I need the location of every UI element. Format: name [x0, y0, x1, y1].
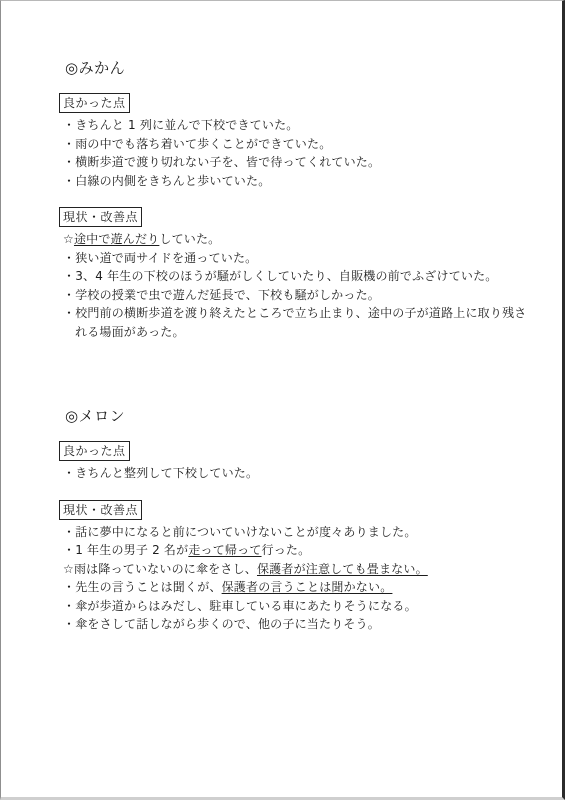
text-segment: 校門前の横断歩道を渡り終えたところで立ち止まり、途中の子が道路上に取り残される場…: [75, 306, 527, 339]
bullet-marker: ・: [63, 580, 75, 594]
text-segment: 狭い道で両サイドを通っていた。: [75, 251, 257, 265]
list-item: ・狭い道で両サイドを通っていた。: [63, 249, 538, 268]
topic-block: 良かった点・きちんと 1 列に並んで下校できていた。・雨の中でも落ち着いて歩くこ…: [58, 93, 538, 190]
list-item: ・先生の言うことは聞くが、保護者の言うことは聞かない。: [63, 578, 538, 597]
list-item: ☆雨は降っていないのに傘をさし、保護者が注意しても畳まない。: [63, 560, 538, 579]
list-item: ☆途中で遊んだりしていた。: [63, 230, 538, 249]
bullet-marker: ・: [63, 306, 75, 320]
text-segment: 1 年生の男子 2 名が: [75, 543, 188, 557]
topic-block: 良かった点・きちんと整列して下校していた。: [58, 441, 538, 483]
list-item: ・1 年生の男子 2 名が走って帰って行った。: [63, 541, 538, 560]
bullet-marker: ・: [63, 617, 75, 631]
item-list: ・話に夢中になると前についていけないことが度々ありました。・1 年生の男子 2 …: [63, 523, 538, 634]
block-label: 良かった点: [59, 441, 130, 461]
list-item: ・学校の授業で虫で遊んだ延長で、下校も騒がしかった。: [63, 286, 538, 305]
text-segment: 学校の授業で虫で遊んだ延長で、下校も騒がしかった。: [75, 288, 380, 302]
topic-block: 現状・改善点・話に夢中になると前についていけないことが度々ありました。・1 年生…: [58, 500, 538, 634]
list-item: ・雨の中でも落ち着いて歩くことができていた。: [63, 135, 538, 154]
list-item: ・3、4 年生の下校のほうが騒がしくしていたり、自販機の前でふざけていた。: [63, 267, 538, 286]
bullet-marker: ・: [63, 269, 75, 283]
text-segment: 3、4 年生の下校のほうが騒がしくしていたり、自販機の前でふざけていた。: [75, 269, 497, 283]
list-item: ・校門前の横断歩道を渡り終えたところで立ち止まり、途中の子が道路上に取り残される…: [63, 304, 538, 341]
bullet-marker: ・: [63, 599, 75, 613]
bullet-marker: ・: [63, 155, 75, 169]
block-label: 現状・改善点: [59, 500, 142, 520]
bullet-marker: ・: [63, 288, 75, 302]
star-marker: ☆: [63, 562, 74, 576]
list-item: ・横断歩道で渡り切れない子を、皆で待ってくれていた。: [63, 153, 538, 172]
text-segment: 雨の中でも落ち着いて歩くことができていた。: [75, 137, 331, 151]
text-segment: きちんと整列して下校していた。: [75, 466, 258, 480]
item-list: ・きちんと 1 列に並んで下校できていた。・雨の中でも落ち着いて歩くことができて…: [63, 116, 538, 190]
text-segment: 先生の言うことは聞くが、: [75, 580, 221, 594]
block-label-row: 良かった点: [59, 441, 538, 461]
text-segment: 傘をさして話しながら歩くので、他の子に当たりそう。: [75, 617, 380, 631]
text-segment: 白線の内側をきちんと歩いていた。: [75, 174, 270, 188]
list-item: ・傘をさして話しながら歩くので、他の子に当たりそう。: [63, 615, 538, 634]
bullet-marker: ・: [63, 137, 75, 151]
bullet-marker: ・: [63, 118, 75, 132]
document-page: ◎みかん良かった点・きちんと 1 列に並んで下校できていた。・雨の中でも落ち着い…: [0, 0, 565, 800]
document-section: ◎みかん良かった点・きちんと 1 列に並んで下校できていた。・雨の中でも落ち着い…: [58, 61, 538, 341]
bullet-marker: ・: [63, 525, 75, 539]
list-item: ・きちんと整列して下校していた。: [63, 464, 538, 483]
section-title: ◎みかん: [65, 61, 538, 76]
list-item: ・白線の内側をきちんと歩いていた。: [63, 172, 538, 191]
text-segment: 傘が歩道からはみだし、駐車している車にあたりそうになる。: [75, 599, 417, 613]
topic-block: 現状・改善点☆途中で遊んだりしていた。・狭い道で両サイドを通っていた。・3、4 …: [58, 207, 538, 341]
bullet-marker: ・: [63, 251, 75, 265]
item-list: ・きちんと整列して下校していた。: [63, 464, 538, 483]
block-label-row: 良かった点: [59, 93, 538, 113]
star-marker: ☆: [63, 232, 74, 246]
section-title: ◎メロン: [65, 409, 538, 424]
bullet-marker: ・: [63, 543, 75, 557]
text-segment: していた。: [159, 232, 220, 246]
text-segment: 雨は降っていないのに傘をさし、: [74, 562, 257, 576]
text-segment: 行った。: [262, 543, 311, 557]
document-section: ◎メロン良かった点・きちんと整列して下校していた。現状・改善点・話に夢中になると…: [58, 409, 538, 634]
block-label: 良かった点: [59, 93, 130, 113]
underlined-text-segment: 途中で遊んだり: [74, 232, 159, 246]
bullet-marker: ・: [63, 174, 75, 188]
block-label: 現状・改善点: [59, 207, 142, 227]
underlined-text-segment: 保護者が注意しても畳まない。: [257, 562, 428, 576]
text-segment: 話に夢中になると前についていけないことが度々ありました。: [75, 525, 416, 539]
text-segment: きちんと 1 列に並んで下校できていた。: [75, 118, 298, 132]
bullet-marker: ・: [63, 466, 75, 480]
list-item: ・きちんと 1 列に並んで下校できていた。: [63, 116, 538, 135]
text-segment: 横断歩道で渡り切れない子を、皆で待ってくれていた。: [75, 155, 380, 169]
item-list: ☆途中で遊んだりしていた。・狭い道で両サイドを通っていた。・3、4 年生の下校の…: [63, 230, 538, 341]
block-label-row: 現状・改善点: [59, 207, 538, 227]
list-item: ・傘が歩道からはみだし、駐車している車にあたりそうになる。: [63, 597, 538, 616]
underlined-text-segment: 保護者の言うことは聞かない。: [222, 580, 393, 594]
sections: ◎みかん良かった点・きちんと 1 列に並んで下校できていた。・雨の中でも落ち着い…: [58, 61, 538, 634]
list-item: ・話に夢中になると前についていけないことが度々ありました。: [63, 523, 538, 542]
block-label-row: 現状・改善点: [59, 500, 538, 520]
underlined-text-segment: 走って帰って: [188, 543, 261, 557]
